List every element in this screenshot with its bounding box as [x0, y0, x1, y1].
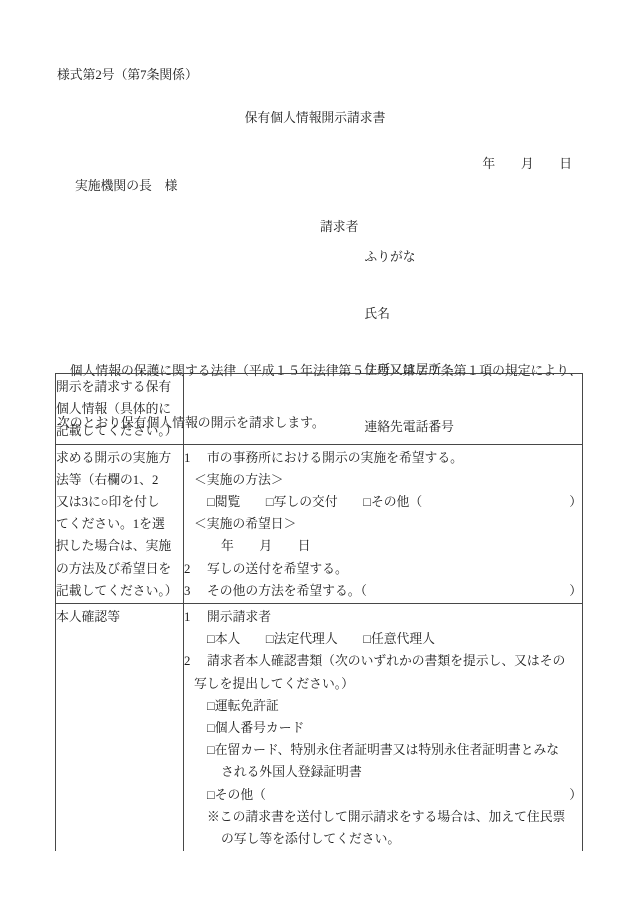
section-heading: ＜実施の希望日＞ — [194, 517, 296, 531]
checkbox-option: □在留カード、特別永住者証明書又は特別永住者証明書とみな — [207, 743, 559, 757]
checkbox-option: □個人番号カード — [207, 721, 304, 735]
option-text: 請求者本人確認書類（次のいずれかの書類を提示し、又はその — [207, 654, 565, 668]
table-row-identity-verification: 本人確認等 1開示請求者 □本人 □法定代理人 □任意代理人 2請求者本人確認書… — [56, 604, 583, 852]
disclosure-method-label-cell: 求める開示の実施方 法等（右欄の1、2 又は3に○印を付し てください。1を選 … — [56, 444, 184, 603]
requester-field-furigana: ふりがな — [364, 244, 454, 271]
label-line: 記載してください。） — [56, 580, 183, 602]
list-number: 1 — [184, 447, 207, 469]
list-number: 1 — [184, 606, 207, 628]
content-line: □その他（） — [184, 784, 582, 806]
addressee-line: 実施機関の長 様 — [75, 175, 177, 194]
disclosure-method-content-cell: 1市の事務所における開示の実施を希望する。 ＜実施の方法＞ □閲覧 □写しの交付… — [184, 444, 583, 603]
label-line: 択した場合は、実施 — [56, 535, 183, 557]
content-line: される外国人登録証明書 — [184, 761, 582, 783]
label-line: 開示を請求する保有 — [56, 376, 183, 398]
content-line: □在留カード、特別永住者証明書又は特別永住者証明書とみな — [184, 739, 582, 761]
checkbox-options: □閲覧 □写しの交付 □その他（ — [207, 491, 422, 513]
identity-verification-content-cell: 1開示請求者 □本人 □法定代理人 □任意代理人 2請求者本人確認書類（次のいず… — [184, 604, 583, 852]
option-text-continued: 写しを提出してください。） — [194, 677, 354, 691]
content-line: 2請求者本人確認書類（次のいずれかの書類を提示し、又はその — [184, 650, 582, 672]
note-text-continued: の写し等を添付してください。 — [221, 832, 400, 846]
checkbox-option: □その他（ — [207, 784, 266, 806]
date-blank: 年 月 日 — [221, 539, 311, 553]
checkbox-option: □運転免許証 — [207, 699, 279, 713]
content-line: □閲覧 □写しの交付 □その他（） — [184, 491, 582, 513]
option-text: 開示請求者 — [207, 610, 271, 624]
label-line: 個人情報（具体的に — [56, 398, 183, 420]
option-text: 市の事務所における開示の実施を希望する。 — [207, 451, 463, 465]
label-line: 又は3に○印を付し — [56, 491, 183, 513]
note-text: ※この請求書を送付して開示請求をする場合は、加えて住民票 — [207, 810, 565, 824]
content-line: の写し等を添付してください。 — [184, 828, 582, 850]
document-title: 保有個人情報開示請求書 — [0, 107, 630, 126]
label-line: 法等（右欄の1、2 — [56, 469, 183, 491]
content-line: 写しを提出してください。） — [184, 673, 582, 695]
table-row-disclosure-method: 求める開示の実施方 法等（右欄の1、2 又は3に○印を付し てください。1を選 … — [56, 444, 583, 603]
close-paren: ） — [569, 784, 582, 806]
requested-info-label-cell: 開示を請求する保有 個人情報（具体的に 記載してください。） — [56, 374, 184, 445]
requested-info-entry-cell — [184, 374, 583, 445]
label-line: 記載してください。） — [56, 420, 183, 442]
content-line: 2写しの送付を希望する。 — [184, 558, 582, 580]
option-text: 写しの送付を希望する。 — [207, 562, 348, 576]
content-line: ＜実施の希望日＞ — [184, 513, 582, 535]
content-line: □本人 □法定代理人 □任意代理人 — [184, 628, 582, 650]
content-line: □運転免許証 — [184, 695, 582, 717]
identity-verification-label-cell: 本人確認等 — [56, 604, 184, 852]
section-heading: ＜実施の方法＞ — [194, 473, 284, 487]
list-number: 3 — [184, 580, 207, 602]
content-line: 1開示請求者 — [184, 606, 582, 628]
option-text: 3その他の方法を希望する。（ — [184, 580, 367, 602]
label-line: てください。1を選 — [56, 513, 183, 535]
list-number: 2 — [184, 558, 207, 580]
label-line: 本人確認等 — [56, 606, 183, 628]
content-line: 年 月 日 — [184, 535, 582, 557]
close-paren: ） — [569, 580, 582, 602]
content-line: ※この請求書を送付して開示請求をする場合は、加えて住民票 — [184, 806, 582, 828]
request-form-table: 開示を請求する保有 個人情報（具体的に 記載してください。） 求める開示の実施方… — [55, 373, 583, 851]
requester-label: 請求者 — [320, 214, 358, 241]
close-paren: ） — [569, 491, 582, 513]
content-line: ＜実施の方法＞ — [184, 469, 582, 491]
content-line: 1市の事務所における開示の実施を希望する。 — [184, 447, 582, 469]
checkbox-option-continued: される外国人登録証明書 — [221, 765, 362, 779]
label-line: 求める開示の実施方 — [56, 447, 183, 469]
label-line: の方法及び希望日を — [56, 558, 183, 580]
date-line: 年 月 日 — [482, 153, 572, 172]
checkbox-options: □本人 □法定代理人 □任意代理人 — [207, 632, 435, 646]
table-row-requested-info: 開示を請求する保有 個人情報（具体的に 記載してください。） — [56, 374, 583, 445]
content-line: 3その他の方法を希望する。（） — [184, 580, 582, 602]
document-page: 様式第2号（第7条関係） 保有個人情報開示請求書 年 月 日 実施機関の長 様 … — [0, 0, 630, 903]
form-number: 様式第2号（第7条関係） — [57, 64, 198, 83]
content-line: □個人番号カード — [184, 717, 582, 739]
list-number: 2 — [184, 650, 207, 672]
requester-field-name: 氏名 — [364, 301, 454, 328]
